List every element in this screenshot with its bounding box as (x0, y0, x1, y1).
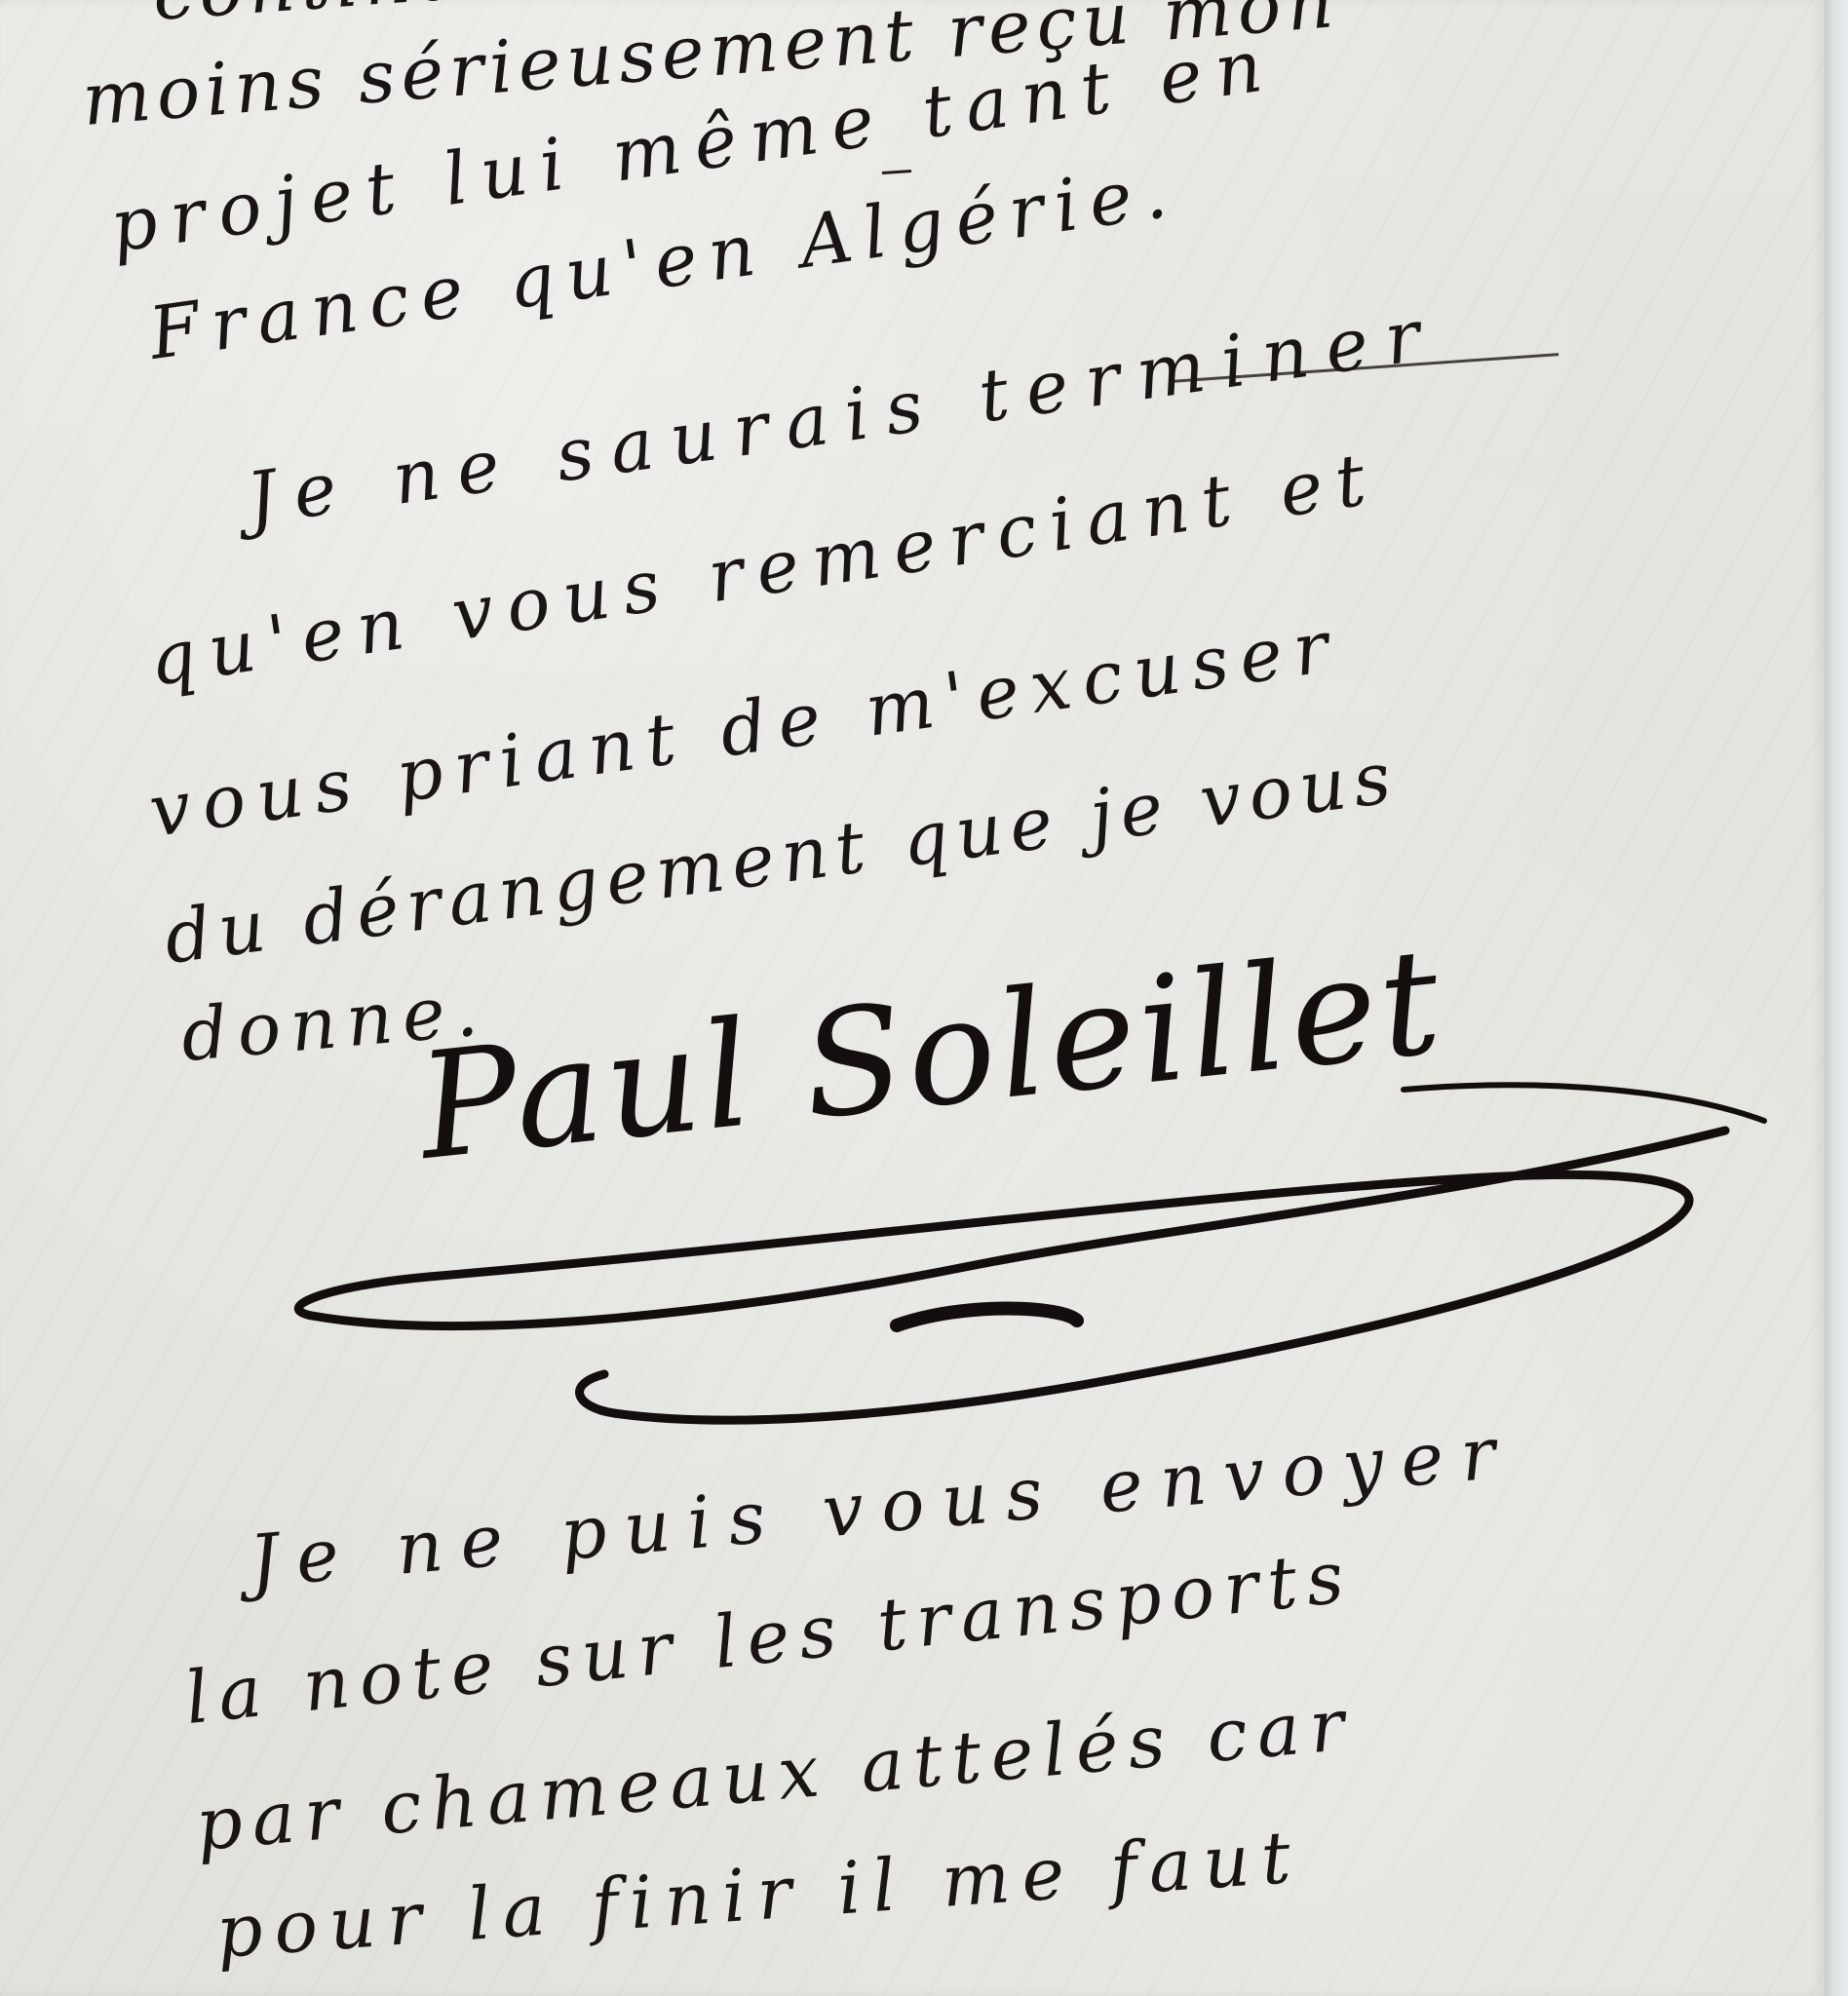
page-edge (1825, 0, 1848, 1996)
letter-page: continu… moins sérieusement reçu mon pro… (0, 0, 1825, 1996)
accent-mark (882, 170, 911, 174)
signature-flourish (283, 1082, 1793, 1442)
